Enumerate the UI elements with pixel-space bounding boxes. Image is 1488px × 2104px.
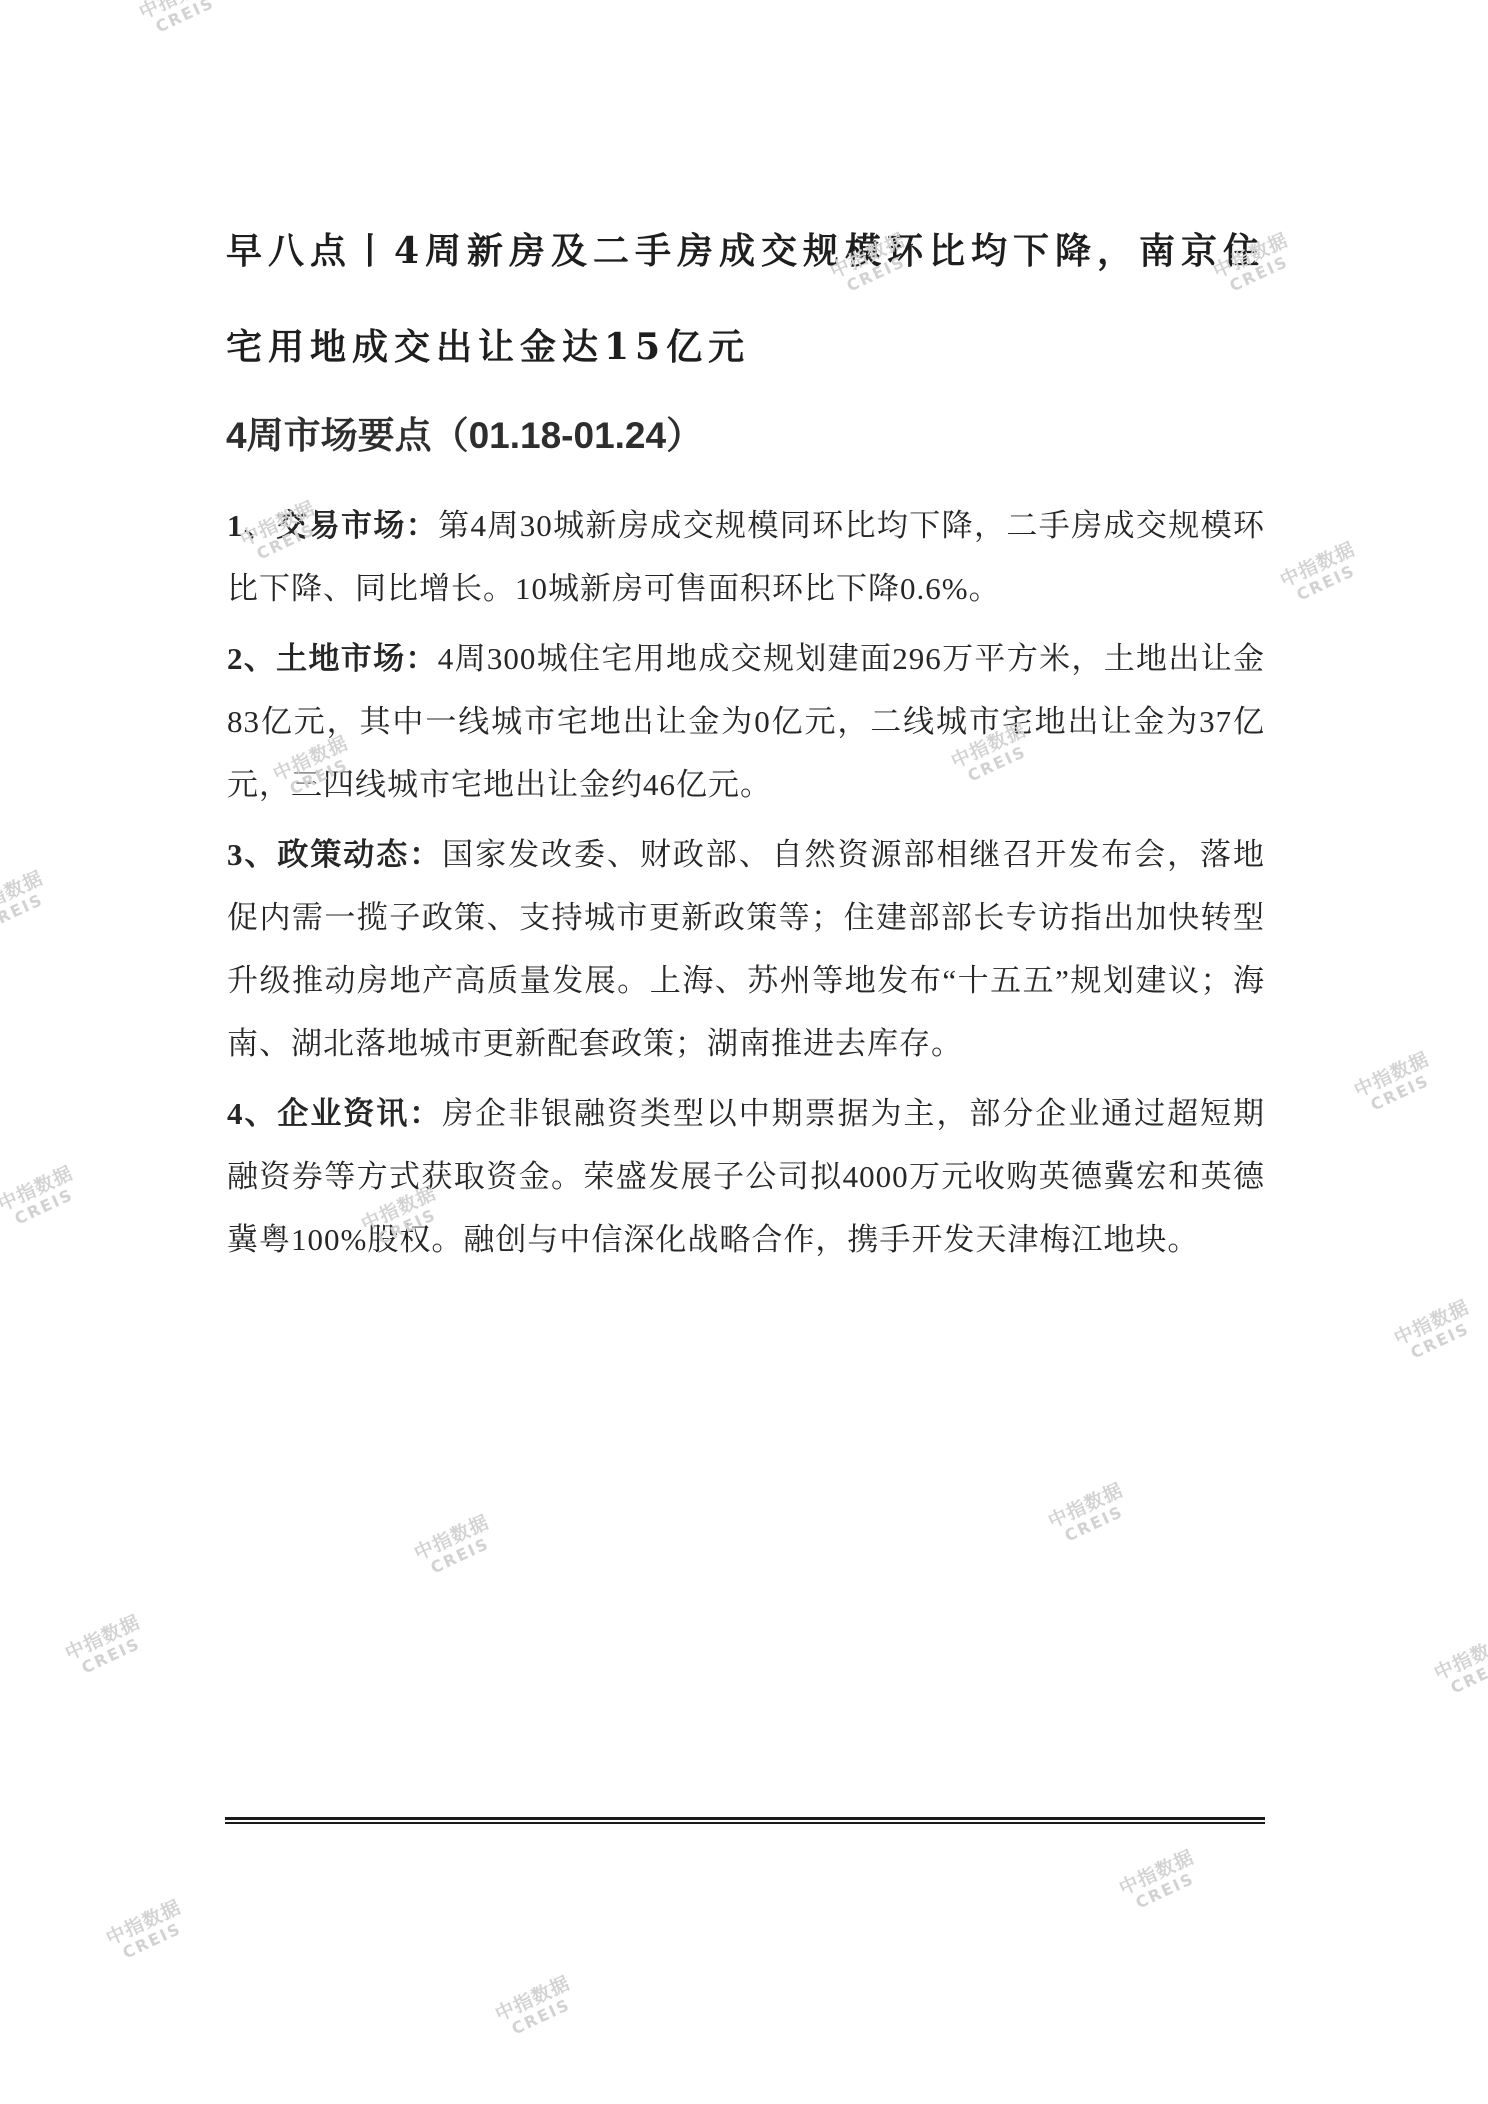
watermark: 中指数据CREIS xyxy=(393,1504,519,1591)
key-point-label: 4、企业资讯： xyxy=(227,1096,442,1131)
watermark: 中指数据CREIS xyxy=(1259,531,1385,618)
key-points-body: 1、交易市场：第4周30城新房成交规模同环比均下降，二手房成交规模环比下降、同比… xyxy=(227,494,1265,1278)
watermark: 中指数据CREIS xyxy=(44,1604,170,1691)
page-title: 早八点丨4周新房及二手房成交规模环比均下降，南京住宅用地成交出让金达15亿元 xyxy=(226,203,1266,395)
key-point-label: 2、土地市场： xyxy=(227,641,438,676)
watermark: 中指数据CREIS xyxy=(1027,1472,1153,1559)
watermark: 中指数据CREIS xyxy=(0,1155,103,1242)
key-point-transaction-market: 1、交易市场：第4周30城新房成交规模同环比均下降，二手房成交规模环比下降、同比… xyxy=(227,494,1265,620)
key-point-enterprise: 4、企业资讯：房企非银融资类型以中期票据为主，部分企业通过超短期融资券等方式获取… xyxy=(227,1082,1265,1271)
key-point-label: 3、政策动态： xyxy=(227,837,442,872)
section-heading: 4周市场要点（01.18-01.24） xyxy=(226,408,1266,464)
watermark: 中指数据CREIS xyxy=(1098,1839,1224,1926)
watermark: 中指数据CREIS xyxy=(474,1965,600,2052)
watermark: 中指数据CREIS xyxy=(1373,1289,1488,1376)
watermark: 中指数据CREIS xyxy=(1333,1041,1459,1128)
key-point-policy: 3、政策动态：国家发改委、财政部、自然资源部相继召开发布会，落地促内需一揽子政策… xyxy=(227,823,1265,1075)
divider-line-top xyxy=(225,1817,1265,1820)
watermark: 中指数据CREIS xyxy=(118,0,244,49)
divider-line-bottom xyxy=(225,1822,1265,1824)
key-point-land-market: 2、土地市场：4周300城住宅用地成交规划建面296万平方米，土地出让金83亿元… xyxy=(227,627,1265,816)
double-rule-divider xyxy=(225,1817,1265,1824)
key-point-label: 1、交易市场： xyxy=(227,508,438,543)
document-page: 早八点丨4周新房及二手房成交规模环比均下降，南京住宅用地成交出让金达15亿元 4… xyxy=(0,0,1488,2104)
watermark: 中指数据CREIS xyxy=(0,860,73,947)
watermark: 中指数据CREIS xyxy=(85,1889,211,1976)
watermark: 中指数据CREIS xyxy=(1413,1624,1488,1711)
